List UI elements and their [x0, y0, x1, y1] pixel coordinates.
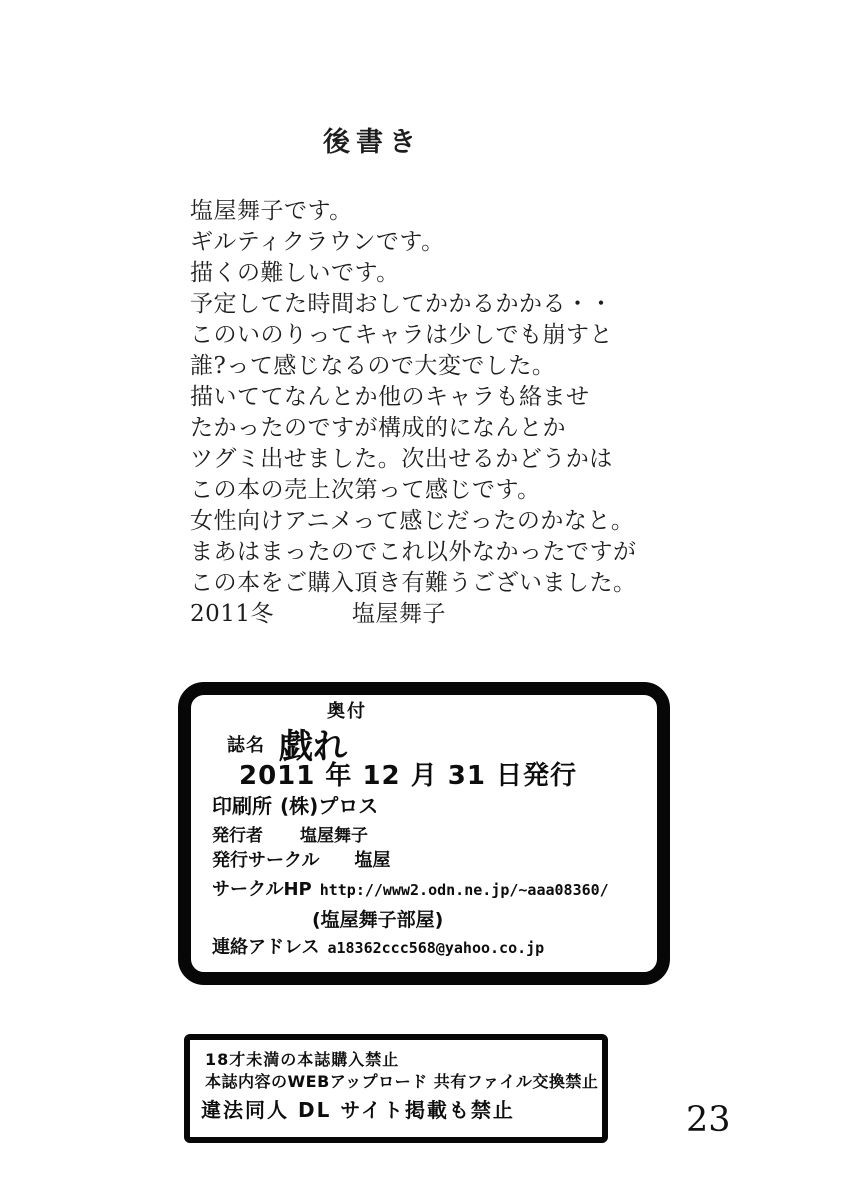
afterword-line: 描いててなんとか他のキャラも絡ませ [190, 382, 670, 413]
afterword-signature: 2011冬 塩屋舞子 [190, 599, 670, 630]
warning-box: 18才未満の本誌購入禁止 本誌内容のWEBアップロード 共有ファイル交換禁止 違… [184, 1034, 608, 1143]
afterword-line: 予定してた時間おしてかかるかかる・・ [190, 289, 670, 320]
colophon-title-label: 誌名 [227, 731, 265, 757]
warning-line: 18才未満の本誌購入禁止 [205, 1047, 399, 1070]
printer-label: 印刷所 [212, 794, 272, 818]
colophon-publish-date: 2011 年 12 月 31 日発行 [239, 755, 577, 792]
printer-value: (株)プロス [280, 794, 378, 818]
afterword-line: たかったのですが構成的になんとか [190, 413, 670, 444]
colophon-publisher-row: 発行者塩屋舞子 [212, 821, 368, 846]
warning-line: 本誌内容のWEBアップロード 共有ファイル交換禁止 [205, 1069, 598, 1092]
website-label: サークルHP [212, 879, 312, 900]
afterword-line: 塩屋舞子です。 [190, 196, 670, 227]
colophon-box: 奥付 誌名 戯れ 2011 年 12 月 31 日発行 印刷所(株)プロス 発行… [178, 682, 670, 985]
afterword-line: この本をご購入頂き有難うございました。 [190, 568, 670, 599]
colophon-circle-row: 発行サークル塩屋 [212, 846, 390, 872]
circle-value: 塩屋 [354, 850, 390, 871]
contact-label: 連絡アドレス [212, 937, 319, 958]
colophon-contact-row: 連絡アドレスa18362ccc568@yahoo.co.jp [212, 933, 544, 959]
colophon-website-row: サークルHPhttp://www2.odn.ne.jp/~aaa08360/ [212, 875, 609, 901]
warning-line: 違法同人 DL サイト掲載も禁止 [201, 1094, 515, 1123]
afterword-line: このいのりってキャラは少しでも崩すと [190, 320, 670, 351]
afterword-text: 塩屋舞子です。 ギルティクラウンです。 描くの難しいです。 予定してた時間おして… [190, 196, 670, 630]
doujin-afterword-page: 後書き 塩屋舞子です。 ギルティクラウンです。 描くの難しいです。 予定してた時… [0, 0, 858, 1200]
website-url: http://www2.odn.ne.jp/~aaa08360/ [320, 881, 609, 899]
publisher-label: 発行者 [212, 826, 263, 846]
signature-name: 塩屋舞子 [352, 599, 446, 630]
publisher-value: 塩屋舞子 [300, 826, 368, 846]
afterword-line: 女性向けアニメって感じだったのかなと。 [190, 506, 670, 537]
page-number: 23 [686, 1100, 731, 1140]
colophon-website-note: (塩屋舞子部屋) [312, 905, 443, 932]
afterword-line: まあはまったのでこれ以外なかったですが [190, 537, 670, 568]
afterword-line: ギルティクラウンです。 [190, 227, 670, 258]
circle-label: 発行サークル [212, 850, 319, 871]
afterword-line: ツグミ出せました。次出せるかどうかは [190, 444, 670, 475]
contact-email: a18362ccc568@yahoo.co.jp [327, 939, 544, 957]
afterword-line: この本の売上次第って感じです。 [190, 475, 670, 506]
afterword-line: 描くの難しいです。 [190, 258, 670, 289]
afterword-line: 誰?って感じなるので大変でした。 [190, 351, 670, 382]
page-title: 後書き [323, 120, 422, 159]
colophon-printer-row: 印刷所(株)プロス [212, 790, 378, 819]
signature-date: 2011冬 [190, 599, 274, 630]
